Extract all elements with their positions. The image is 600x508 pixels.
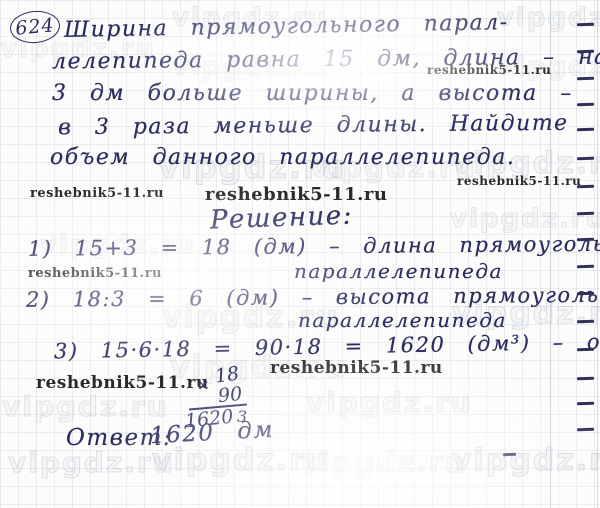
reshebnik-watermark: reshebnik5-11.ru <box>30 186 164 201</box>
reshebnik-watermark: reshebnik5-11.ru <box>270 358 443 378</box>
solution-step-3: 3) 15·6·18 = 90·18 = 1620 (дм³) – объем <box>54 329 600 364</box>
vipgdz-watermark: vipgdz.ru <box>306 386 473 419</box>
column-multiplication: × 18 90 1620 <box>185 364 265 424</box>
vipgdz-watermark: vipgdz.ru <box>497 3 600 33</box>
problem-text-line-3: 3 дм больше ширины, а высота – <box>52 81 573 106</box>
solution-step-1: 1) 15+3 = 18 (дм) – длина прямоугольного <box>28 231 600 261</box>
solution-step-1-continuation: параллелепипеда <box>294 259 503 283</box>
margin-dash <box>577 128 594 131</box>
vipgdz-watermark: vipgdz.ru <box>2 390 169 423</box>
problem-text-line-1: Ширина прямоугольного парал- <box>64 10 509 43</box>
problem-text-line-5: объем данного параллелепипеда. <box>50 145 515 170</box>
margin-dash <box>577 402 594 405</box>
solution-heading: Решение: <box>210 201 354 236</box>
solution-step-2-continuation: параллелепипеда <box>298 308 507 332</box>
problem-number: 624 <box>14 14 55 39</box>
margin-dash <box>577 265 594 268</box>
vipgdz-watermark: vipgdz.ru <box>452 443 600 478</box>
problem-text-line-2: лелепипеда равна 15 дм, длина – на <box>52 45 600 75</box>
answer-exponent: 3 <box>237 407 247 426</box>
reshebnik-watermark: reshebnik5-11.ru <box>457 174 581 188</box>
notebook-page: 624 Ширина прямоугольного парал- лелепип… <box>0 0 600 508</box>
reshebnik-watermark: reshebnik5-11.ru <box>36 373 209 393</box>
margin-dash <box>577 428 594 431</box>
margin-dash <box>503 453 516 456</box>
margin-dash <box>577 103 594 106</box>
multiplication-sign: × <box>197 376 210 394</box>
vipgdz-watermark: vipgdz.ru <box>300 446 467 479</box>
vipgdz-watermark: vipgdz.ru <box>450 204 600 234</box>
margin-dash <box>577 377 594 380</box>
reshebnik-watermark: reshebnik5-11.ru <box>28 266 162 281</box>
problem-text-line-4: в 3 раза меньше длины. Найдите <box>58 111 569 140</box>
margin-dash <box>577 185 594 188</box>
